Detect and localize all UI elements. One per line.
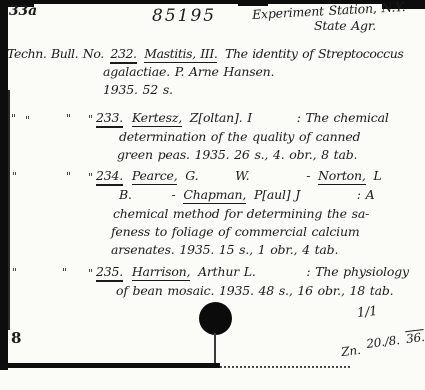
- date-note-initials: Zn.: [340, 343, 361, 359]
- ditto-mark: ": [12, 170, 17, 183]
- date-note-year: 36.: [405, 330, 425, 346]
- entry-234-author2-initial: L: [373, 168, 381, 183]
- entry-234-dash: -: [306, 168, 310, 183]
- entry-234-author1-initial: G.: [185, 168, 198, 183]
- entry-232-title-rest: The identity of Streptococcus: [225, 46, 403, 61]
- entry-234-line2: B. - Chapman, P[aul] J : A: [119, 187, 374, 202]
- date-note-date: 20./8.: [366, 333, 401, 351]
- fraction-note: 1/1: [356, 304, 378, 321]
- hole-punch-stem: [214, 333, 216, 364]
- series-title: Techn. Bull. No.: [7, 46, 104, 61]
- entry-234-author3-given: P[aul] J: [254, 187, 300, 202]
- entry-232-line2: agalactiae. P. Arne Hansen.: [103, 64, 274, 79]
- card-bottom-rule-dotted: [220, 366, 350, 368]
- entry-233-number: 233.: [96, 110, 123, 128]
- ditto-mark: ": [25, 114, 30, 127]
- accession-number: 85195: [152, 6, 216, 26]
- entry-234-number: 234.: [96, 168, 123, 186]
- catalog-card-scan: 33a 85195 Experiment Station, N.Y. State…: [0, 0, 425, 390]
- entry-233-line3: green peas. 1935. 26 s., 4. obr., 8 tab.: [117, 147, 357, 162]
- entry-234-author1-surname: Pearce,: [132, 168, 178, 185]
- entry-232-number: 232.: [110, 46, 136, 64]
- entry-234-author2-surname: Norton,: [318, 168, 366, 185]
- entry-235-author-surname: Harrison,: [132, 264, 190, 281]
- ditto-mark: ": [88, 267, 93, 280]
- entry-234-line1: 234. Pearce, G. W. - Norton, L: [96, 168, 382, 183]
- entry-233-line1: 233. Kertesz, Z[oltan]. I : The chemical: [96, 110, 389, 125]
- corner-mark: 33a: [9, 3, 37, 19]
- scan-edge-top-mid: [238, 0, 268, 6]
- entry-233-line2: determination of the quality of canned: [119, 129, 360, 144]
- entry-233-annotation-start: : The chemical: [297, 110, 389, 125]
- ditto-mark: ": [66, 170, 71, 183]
- card-bottom-rule: [0, 363, 220, 368]
- ditto-mark: ": [66, 112, 71, 125]
- entry-233-author-surname: Kertesz,: [132, 110, 182, 127]
- ditto-mark: ": [88, 113, 93, 126]
- entry-234-line5: arsenates. 1935. 15 s., 1 obr., 4 tab.: [111, 242, 338, 257]
- hole-punch-dot: [199, 302, 232, 335]
- date-note: Zn. 20./8. 36.: [340, 335, 425, 359]
- entry-234-annotation-start: : A: [357, 187, 375, 202]
- entry-235-annotation-start: : The physiology: [306, 264, 408, 279]
- entry-235-number: 235.: [96, 264, 123, 282]
- entry-235-author-given: Arthur L.: [198, 264, 256, 279]
- entry-234-line3: chemical method for determining the sa-: [113, 206, 369, 221]
- page-number: 8: [11, 329, 21, 347]
- entry-235-line1: 235. Harrison, Arthur L. : The physiolog…: [96, 264, 409, 279]
- ditto-mark: ": [12, 266, 17, 279]
- institution-name-line2: State Agr.: [314, 18, 376, 33]
- ditto-mark: ": [11, 112, 16, 125]
- entry-233-author-given: Z[oltan]. I: [190, 110, 252, 125]
- ditto-mark: ": [88, 171, 93, 184]
- entry-235-line2: of bean mosaic. 1935. 48 s., 16 obr., 18…: [116, 283, 393, 298]
- scan-edge-left-ragged: [8, 90, 10, 330]
- entry-234-dash: -: [172, 187, 176, 202]
- entry-232-title-name: Mastitis, III.: [144, 46, 217, 63]
- entry-234-line4: feness to foliage of commercial calcium: [111, 224, 359, 239]
- entry-232-line3: 1935. 52 s.: [103, 82, 173, 97]
- ditto-mark: ": [62, 266, 67, 279]
- entry-232-line1: Techn. Bull. No. 232. Mastitis, III. The…: [7, 46, 403, 61]
- entry-234-author1-initial2: W.: [235, 168, 249, 183]
- entry-234-author2-initial2: B.: [119, 187, 132, 202]
- entry-234-author3-surname: Chapman,: [183, 187, 246, 204]
